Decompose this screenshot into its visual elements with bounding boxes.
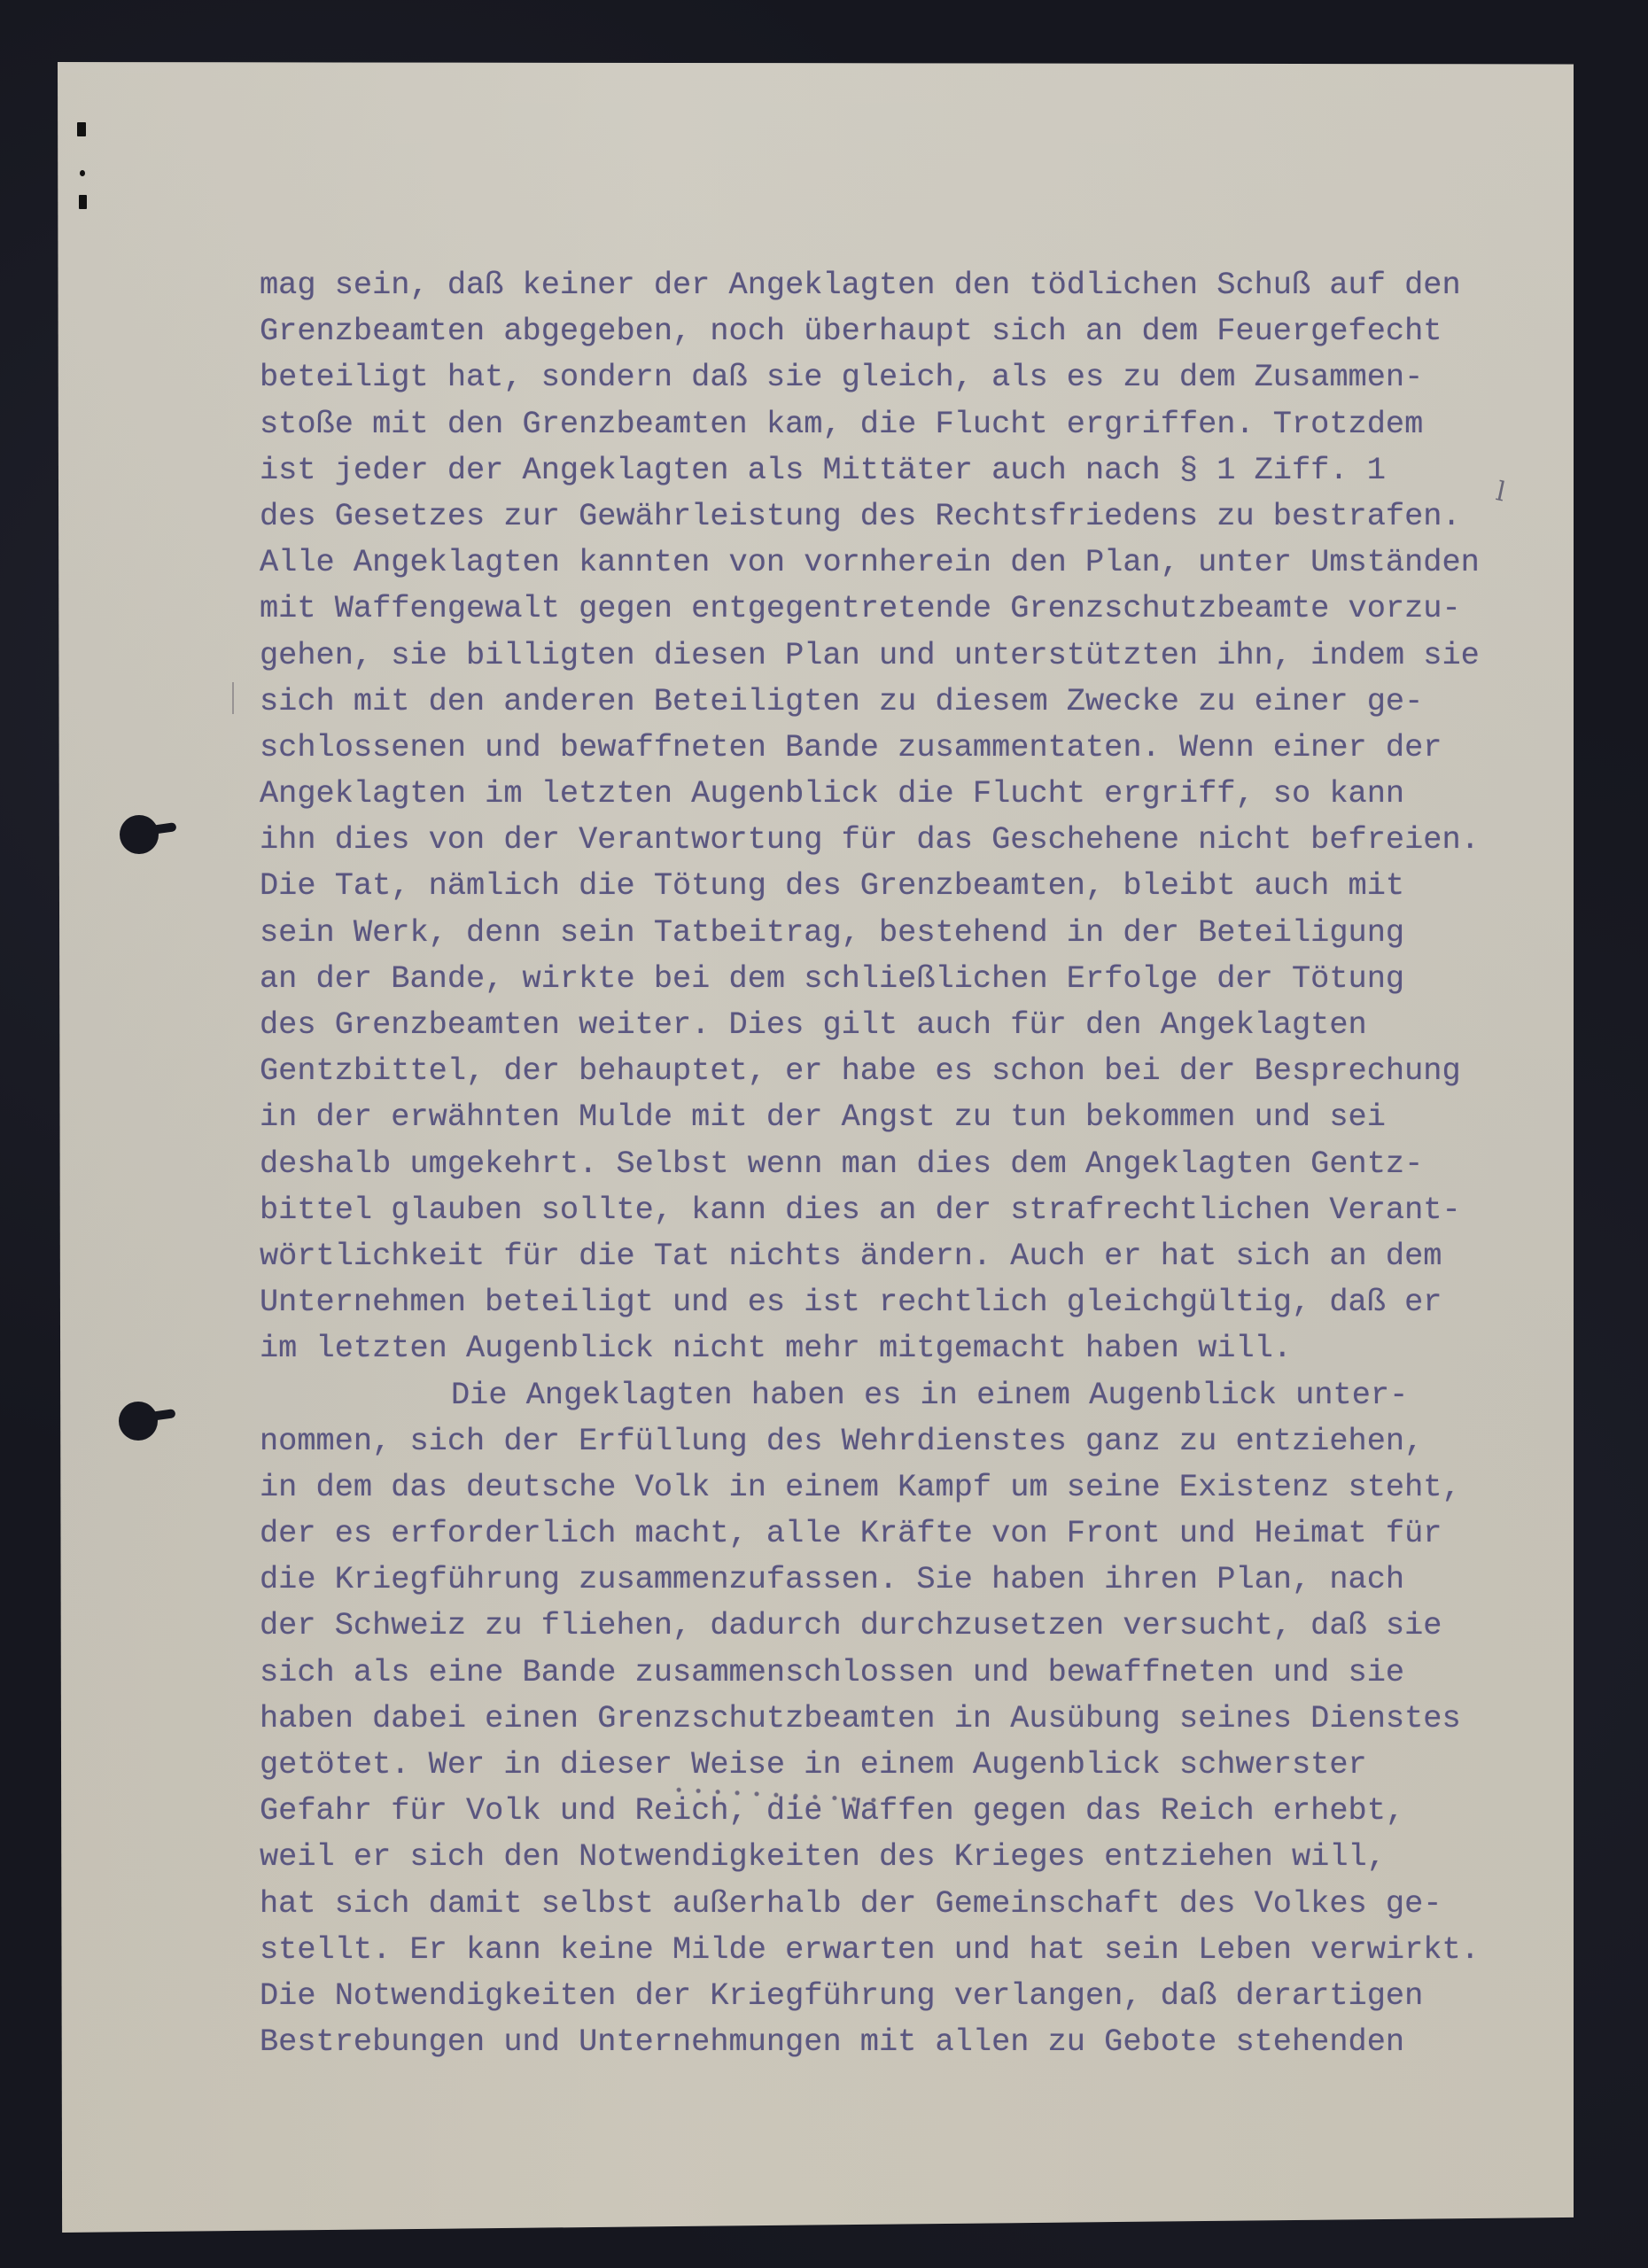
staple-hole-middle: [80, 170, 85, 176]
typed-line: bittel glauben sollte, kann dies an der …: [260, 1187, 1535, 1233]
typed-line: mit Waffengewalt gegen entgegentretende …: [260, 586, 1535, 632]
staple-hole-top: [77, 122, 86, 136]
typed-line: Die Notwendigkeiten der Kriegführung ver…: [260, 1973, 1535, 2019]
typed-line: Grenzbeamten abgegeben, noch überhaupt s…: [260, 308, 1535, 354]
typed-line: deshalb umgekehrt. Selbst wenn man dies …: [260, 1141, 1535, 1187]
typed-line: an der Bande, wirkte bei dem schließlich…: [260, 956, 1535, 1002]
typed-line: im letzten Augenblick nicht mehr mitgema…: [260, 1325, 1535, 1371]
typed-line: sich als eine Bande zusammenschlossen un…: [260, 1650, 1535, 1696]
typed-line: Die Tat, nämlich die Tötung des Grenzbea…: [260, 863, 1535, 909]
typed-line: weil er sich den Notwendigkeiten des Kri…: [260, 1834, 1535, 1880]
typed-line: in der erwähnten Mulde mit der Angst zu …: [260, 1094, 1535, 1140]
typed-line: ihn dies von der Verantwortung für das G…: [260, 817, 1535, 863]
typed-line: des Grenzbeamten weiter. Dies gilt auch …: [260, 1002, 1535, 1048]
typed-line: gehen, sie billigten diesen Plan und unt…: [260, 633, 1535, 679]
typed-line: Alle Angeklagten kannten von vornherein …: [260, 540, 1535, 586]
punch-hole-upper: [120, 815, 159, 854]
typed-line: stellt. Er kann keine Milde erwarten und…: [260, 1927, 1535, 1973]
typed-line: mag sein, daß keiner der Angeklagten den…: [260, 262, 1535, 308]
typed-line: des Gesetzes zur Gewährleistung des Rech…: [260, 493, 1535, 540]
typed-line: der Schweiz zu fliehen, dadurch durchzus…: [260, 1603, 1535, 1649]
typed-line: ist jeder der Angeklagten als Mittäter a…: [260, 447, 1535, 493]
staple-hole-bottom: [79, 195, 87, 209]
typed-line: Gentzbittel, der behauptet, er habe es s…: [260, 1048, 1535, 1094]
typed-line: schlossenen und bewaffneten Bande zusamm…: [260, 725, 1535, 771]
typed-line: die Kriegführung zusammenzufassen. Sie h…: [260, 1557, 1535, 1603]
typed-line: Angeklagten im letzten Augenblick die Fl…: [260, 771, 1535, 817]
typed-line: nommen, sich der Erfüllung des Wehrdiens…: [260, 1418, 1535, 1464]
typed-line: hat sich damit selbst außerhalb der Geme…: [260, 1881, 1535, 1927]
typed-line: in dem das deutsche Volk in einem Kampf …: [260, 1464, 1535, 1511]
typed-line: haben dabei einen Grenzschutzbeamten in …: [260, 1696, 1535, 1742]
typed-line: sich mit den anderen Beteiligten zu dies…: [260, 679, 1535, 725]
punch-hole-lower: [119, 1402, 158, 1441]
typed-line: beteiligt hat, sondern daß sie gleich, a…: [260, 354, 1535, 400]
typed-line: Die Angeklagten haben es in einem Augenb…: [260, 1372, 1535, 1418]
typed-line: getötet. Wer in dieser Weise in einem Au…: [260, 1742, 1535, 1788]
typed-line: der es erforderlich macht, alle Kräfte v…: [260, 1511, 1535, 1557]
typed-line: Gefahr für Volk und Reich, die Waffen ge…: [260, 1788, 1535, 1834]
typed-line: Unternehmen beteiligt und es ist rechtli…: [260, 1279, 1535, 1325]
typed-text-body: mag sein, daß keiner der Angeklagten den…: [260, 262, 1535, 2065]
typed-line: wörtlichkeit für die Tat nichts ändern. …: [260, 1233, 1535, 1279]
typed-line: sein Werk, denn sein Tatbeitrag, bestehe…: [260, 910, 1535, 956]
typed-line: stoße mit den Grenzbeamten kam, die Fluc…: [260, 401, 1535, 447]
margin-pencil-line: [232, 682, 234, 714]
typed-line: Bestrebungen und Unternehmungen mit alle…: [260, 2019, 1535, 2065]
